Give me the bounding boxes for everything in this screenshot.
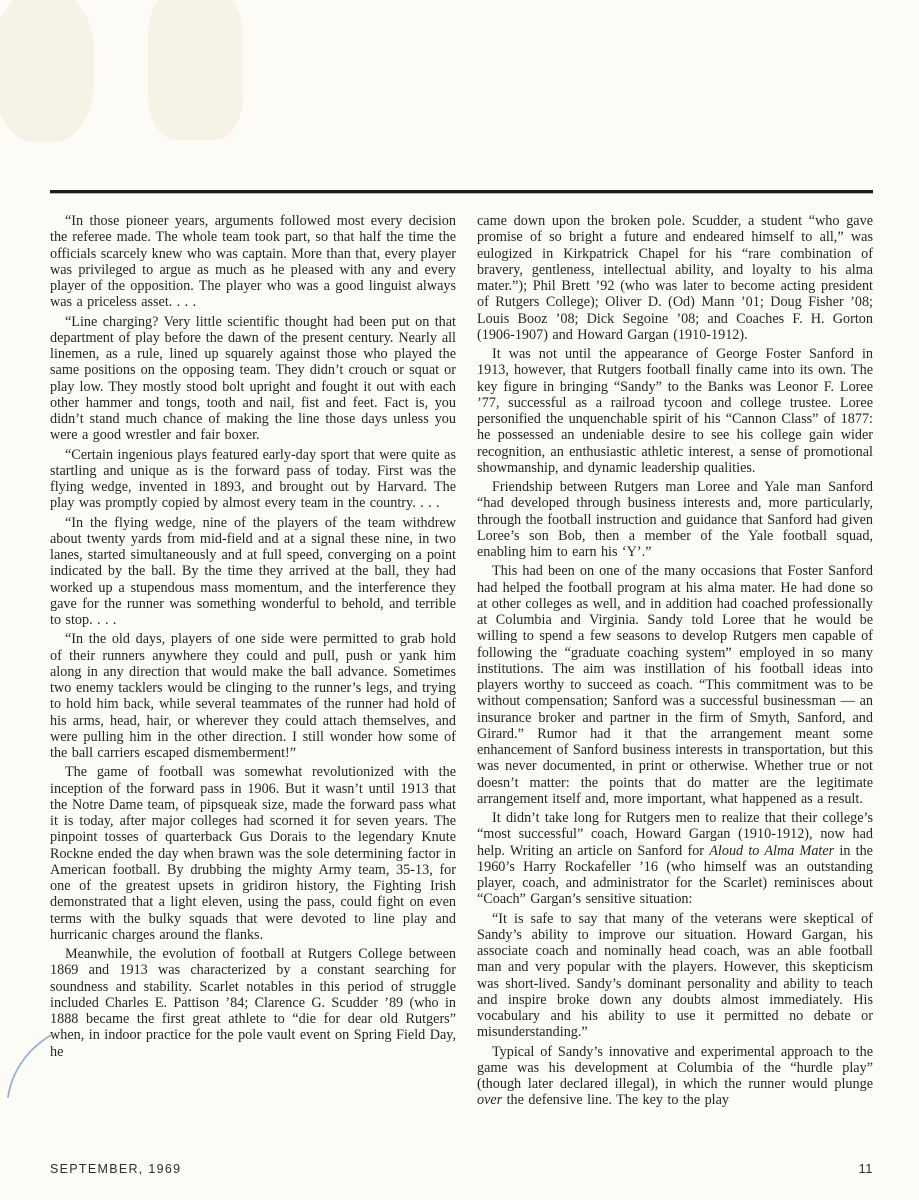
paragraph-text: It was not until the appearance of Georg… [477, 346, 873, 476]
paragraph: Friendship between Rutgers man Loree and… [477, 479, 873, 560]
scanned-magazine-page: “In those pioneer years, arguments follo… [0, 0, 919, 1200]
paragraph: “It is safe to say that many of the vete… [477, 911, 873, 1041]
paragraph-text: Typical of Sandy’s innovative and experi… [477, 1044, 873, 1093]
paragraph: “Certain ingenious plays featured early-… [50, 447, 456, 512]
paragraph-text: “In those pioneer years, arguments follo… [50, 213, 456, 310]
footer-page-number: 11 [859, 1161, 874, 1176]
left-column: “In those pioneer years, arguments follo… [50, 213, 456, 1112]
paragraph-text: “Certain ingenious plays featured early-… [50, 447, 456, 512]
paragraph-text: “It is safe to say that many of the vete… [477, 911, 873, 1041]
paragraph: Meanwhile, the evolution of football at … [50, 946, 456, 1060]
page-footer: SEPTEMBER, 1969 11 [50, 1161, 873, 1176]
paragraph-text: the defensive line. The key to the play [502, 1092, 729, 1108]
paragraph-text: “In the flying wedge, nine of the player… [50, 515, 456, 629]
italic-word: over [477, 1092, 502, 1108]
paragraph: “In the flying wedge, nine of the player… [50, 515, 456, 629]
paragraph-text: Friendship between Rutgers man Loree and… [477, 479, 873, 560]
footer-issue-date: SEPTEMBER, 1969 [50, 1162, 181, 1176]
scan-smudge [148, 0, 243, 140]
italic-book-title: Aloud to Alma Mater [709, 843, 834, 859]
paragraph: “In the old days, players of one side we… [50, 631, 456, 761]
paragraph-text: Meanwhile, the evolution of football at … [50, 946, 456, 1060]
paragraph: “In those pioneer years, arguments follo… [50, 213, 456, 311]
paragraph-text: This had been on one of the many occasio… [477, 563, 873, 807]
paragraph: It was not until the appearance of Georg… [477, 346, 873, 476]
paragraph: came down upon the broken pole. Scudder,… [477, 213, 873, 343]
paragraph: “Line charging? Very little scientific t… [50, 314, 456, 444]
right-column: came down upon the broken pole. Scudder,… [477, 213, 873, 1112]
paragraph: It didn’t take long for Rutgers men to r… [477, 810, 873, 908]
paragraph-text: “Line charging? Very little scientific t… [50, 314, 456, 444]
paragraph-text: “In the old days, players of one side we… [50, 631, 456, 761]
handwritten-pen-check-mark [5, 1031, 57, 1101]
paragraph: The game of football was somewhat revolu… [50, 764, 456, 943]
two-column-text-block: “In those pioneer years, arguments follo… [50, 213, 873, 1112]
paragraph-text: came down upon the broken pole. Scudder,… [477, 213, 873, 343]
paragraph: This had been on one of the many occasio… [477, 563, 873, 807]
paragraph: Typical of Sandy’s innovative and experi… [477, 1044, 873, 1109]
scan-smudge [0, 0, 94, 142]
paragraph-text: The game of football was somewhat revolu… [50, 764, 456, 943]
header-rule [50, 190, 873, 193]
